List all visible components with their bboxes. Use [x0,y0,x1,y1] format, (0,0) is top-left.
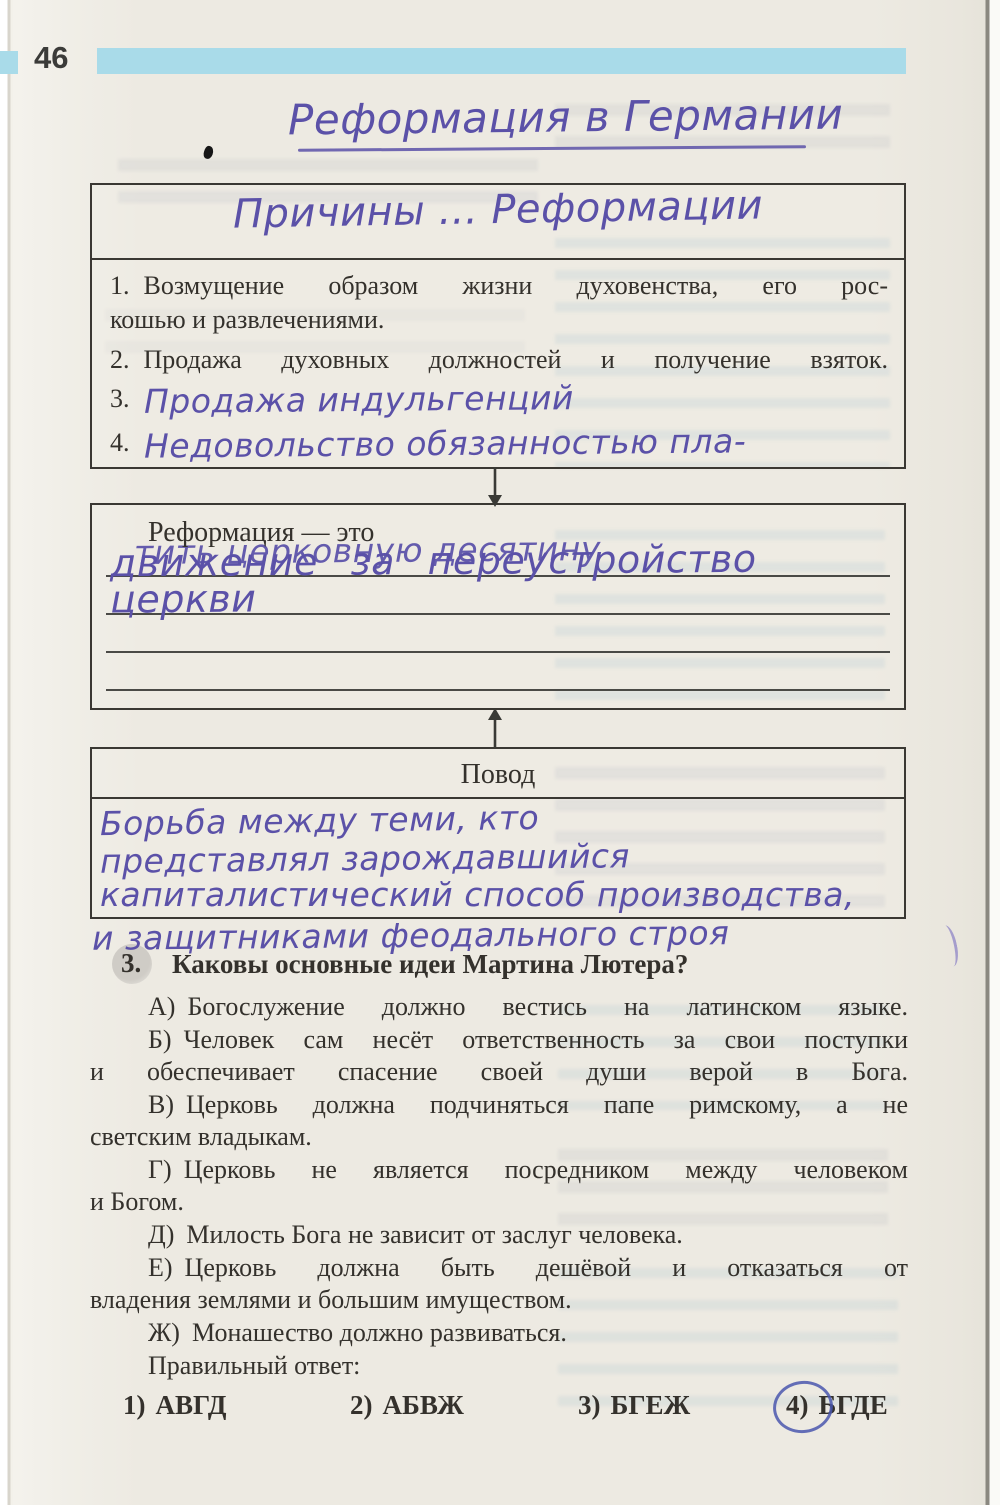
workbook-page: 46 Реформация в Германии Причины ... Реф… [0,0,1000,1505]
option-letter: Д) [148,1220,174,1249]
answer-letters: БГЕЖ [611,1390,691,1420]
cause-item-2: 2.Продажа духовных должностей и получени… [110,343,888,377]
answer-letters: АБВЖ [383,1390,464,1420]
item-number: 3. [110,381,130,417]
option-a: А)Богослужение должно вестись на латинск… [90,991,908,1023]
ruled-line-empty [106,653,890,691]
cause-item-3: 3. Продажа индульгенций [110,381,888,421]
cause-item-4: 4. Недовольство обязанностью пла- [110,425,888,465]
definition-box: Реформация — это движение за переустройс… [90,503,906,710]
answer-option-1: 1)АВГД [123,1390,226,1421]
answers-row: 1)АВГД 2)АБВЖ 3)БГЕЖ 4)БГДЕ [90,1386,908,1428]
option-text: Милость Бога не зависит от заслуг челове… [186,1220,682,1249]
option-letter: Г) [148,1155,172,1184]
answer-number: 2) [350,1390,373,1420]
handwritten-reason-line-2: представлял зарождавшийся [100,838,630,880]
cause-item-1-line-2: кошью и развлечениями. [110,303,888,337]
item-number: 1. [110,271,130,300]
option-text: Монашество должно развиваться. [192,1318,567,1347]
answer-option-4-selected: 4)БГДЕ [786,1390,888,1421]
cause-item-1-line-1: 1.Возмущение образом жизни духовенства, … [110,269,888,303]
option-e-line-1: Е)Церковь должна быть дешёвой и отказать… [90,1252,908,1284]
page-number: 46 [34,40,68,76]
item-number: 2. [110,345,130,374]
option-letter: В) [148,1090,174,1119]
reason-label: Повод [92,759,904,791]
handwritten-title: Реформация в Германии [288,89,928,145]
option-g-line-2: и Богом. [90,1186,908,1218]
option-v-line-2: светским владыкам. [90,1121,908,1153]
option-e-line-2: владения землями и большим имуществом. [90,1284,908,1316]
arrow-up-icon [483,708,507,748]
option-text: Церковь должна быть дешёвой и отказаться… [185,1253,908,1282]
title-underline [298,145,806,152]
stray-pen-mark [937,924,961,968]
handwritten-answer: Недовольство обязанностью пла- [143,422,745,465]
option-letter: Ж) [148,1318,180,1347]
option-letter: А) [148,992,175,1021]
handwritten-reason-line-4: и защитниками феодального строя [92,913,730,958]
page-right-edge [984,0,1000,1505]
ruled-lines: движение за переустройство церкви [106,539,890,691]
arrow-down-icon [483,467,507,507]
answer-number: 3) [578,1390,601,1420]
item-number: 4. [110,425,130,461]
option-text: Богослужение должно вестись на латинском… [187,992,908,1021]
option-text: Человек сам несёт ответственность за сво… [184,1025,908,1054]
handwritten-reason-line-1: Борьба между теми, кто [100,800,540,842]
page-left-edge [0,0,13,1505]
causes-heading: Причины ... Реформации [92,180,905,240]
option-b-line-1: Б)Человек сам несёт ответственность за с… [90,1024,908,1056]
handwritten-answer: Продажа индульгенций [143,379,573,421]
answer-option-3: 3)БГЕЖ [578,1390,690,1421]
causes-box: Причины ... Реформации 1.Возмущение обра… [90,183,906,469]
ruled-line: движение за переустройство [106,539,890,577]
answer-number: 1) [123,1390,146,1420]
ruled-line: церкви [106,577,890,615]
option-g-line-1: Г)Церковь не является посредником между … [90,1154,908,1186]
reason-box: Повод Борьба между теми, кто представлял… [90,747,906,919]
option-d: Д)Милость Бога не зависит от заслуг чело… [90,1219,908,1251]
option-zh: Ж)Монашество должно развиваться. [90,1317,908,1349]
answer-letters: АВГД [156,1390,227,1420]
header-bar-fragment [0,51,18,74]
option-text: Церковь должна подчиняться папе римскому… [186,1090,908,1119]
option-v-line-1: В)Церковь должна подчиняться папе римско… [90,1089,908,1121]
chapter-header-bar [97,48,906,74]
option-text: Церковь не является посредником между че… [184,1155,908,1184]
causes-items: 1.Возмущение образом жизни духовенства, … [110,269,888,465]
causes-divider [92,258,904,260]
option-letter: Б) [148,1025,172,1054]
ruled-line-empty [106,615,890,653]
item-text: Продажа духовных должностей и получение … [144,345,889,374]
answer-option-2: 2)АБВЖ [350,1390,464,1421]
ink-dot [202,145,215,160]
pen-circle-selection [770,1377,837,1437]
option-letter: Е) [148,1253,173,1282]
item-text: Возмущение образом жизни духовенства, ег… [144,271,889,300]
handwritten-reason-line-3: капиталистический способ производства, [100,877,970,913]
question-block: 3. Каковы основные идеи Мартина Лютера? … [90,948,908,1428]
option-b-line-2: и обеспечивает спасение своей души верой… [90,1056,908,1088]
answer-label: Правильный ответ: [90,1350,908,1382]
